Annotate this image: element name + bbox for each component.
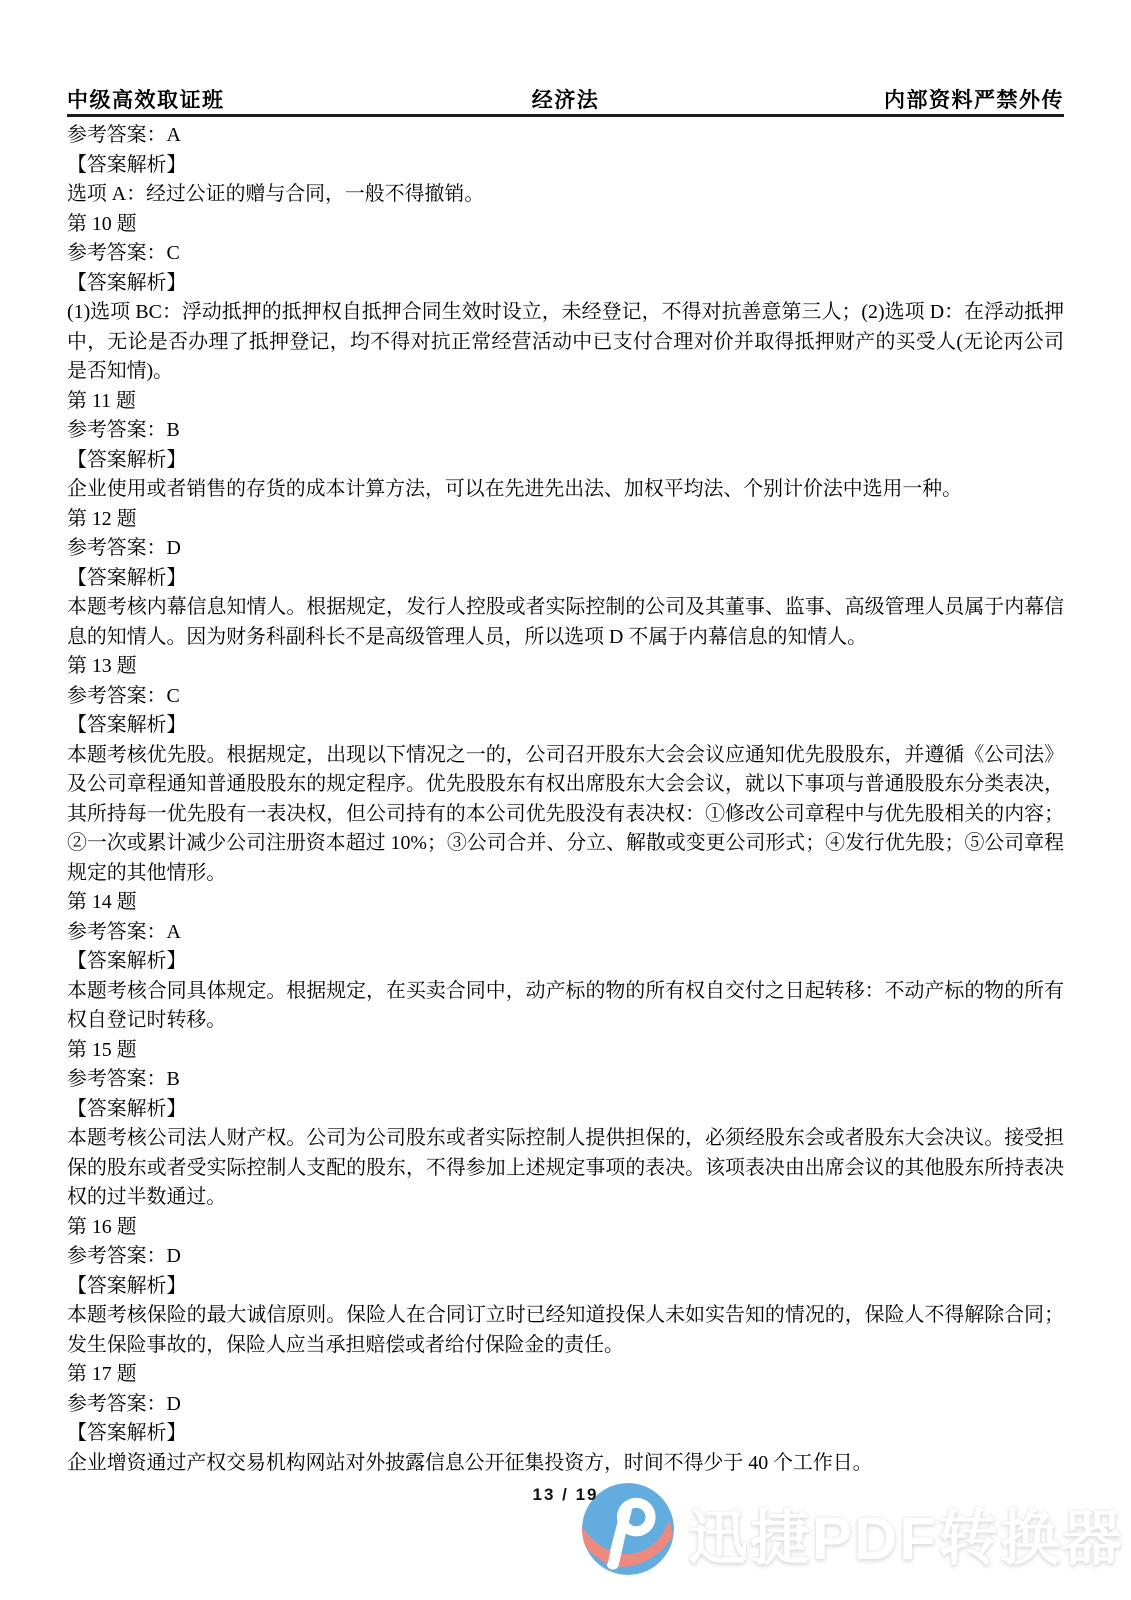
answer-line: 参考答案：D (67, 1390, 1064, 1420)
pdf-page: 中级高效取证班 经济法 内部资料严禁外传 参考答案：A【答案解析】选项 A：经过… (0, 0, 1131, 1600)
explanation-paragraph: 本题考核保险的最大诚信原则。保险人在合同订立时已经知道投保人未如实告知的情况的，… (67, 1301, 1064, 1360)
analysis-heading: 【答案解析】 (67, 1419, 1064, 1449)
explanation-paragraph: 本题考核优先股。根据规定，出现以下情况之一的，公司召开股东大会会议应通知优先股股… (67, 741, 1064, 889)
analysis-heading: 【答案解析】 (67, 1272, 1064, 1302)
analysis-heading: 【答案解析】 (67, 446, 1064, 476)
question-heading: 第 17 题 (67, 1360, 1064, 1390)
question-heading: 第 11 题 (67, 387, 1064, 417)
answer-line: 参考答案：B (67, 416, 1064, 446)
answer-line: 参考答案：D (67, 1242, 1064, 1272)
question-heading: 第 14 题 (67, 888, 1064, 918)
answer-line: 参考答案：C (67, 239, 1064, 269)
explanation-paragraph: 本题考核合同具体规定。根据规定，在买卖合同中，动产标的物的所有权自交付之日起转移… (67, 977, 1064, 1036)
page-number: 13 / 19 (0, 1485, 1131, 1505)
question-heading: 第 12 题 (67, 505, 1064, 535)
answer-line: 参考答案：C (67, 682, 1064, 712)
answer-line: 参考答案：B (67, 1065, 1064, 1095)
answer-line: 参考答案：D (67, 534, 1064, 564)
explanation-paragraph: 本题考核公司法人财产权。公司为公司股东或者实际控制人提供担保的，必须经股东会或者… (67, 1124, 1064, 1213)
explanation-paragraph: (1)选项 BC：浮动抵押的抵押权自抵押合同生效时设立，未经登记，不得对抗善意第… (67, 298, 1064, 387)
question-heading: 第 16 题 (67, 1213, 1064, 1243)
explanation-paragraph: 选项 A：经过公证的赠与合同，一般不得撤销。 (67, 180, 1064, 210)
explanation-paragraph: 企业使用或者销售的存货的成本计算方法，可以在先进先出法、加权平均法、个别计价法中… (67, 475, 1064, 505)
question-heading: 第 10 题 (67, 210, 1064, 240)
answer-line: 参考答案：A (67, 121, 1064, 151)
answer-line: 参考答案：A (67, 918, 1064, 948)
explanation-paragraph: 企业增资通过产权交易机构网站对外披露信息公开征集投资方，时间不得少于 40 个工… (67, 1449, 1064, 1479)
analysis-heading: 【答案解析】 (67, 947, 1064, 977)
analysis-heading: 【答案解析】 (67, 1095, 1064, 1125)
analysis-heading: 【答案解析】 (67, 564, 1064, 594)
header-confidential-notice: 内部资料严禁外传 (884, 84, 1064, 114)
page-header: 中级高效取证班 经济法 内部资料严禁外传 (67, 84, 1064, 117)
analysis-heading: 【答案解析】 (67, 151, 1064, 181)
question-heading: 第 15 题 (67, 1036, 1064, 1066)
explanation-paragraph: 本题考核内幕信息知情人。根据规定，发行人控股或者实际控制的公司及其董事、监事、高… (67, 593, 1064, 652)
document-body: 参考答案：A【答案解析】选项 A：经过公证的赠与合同，一般不得撤销。第 10 题… (67, 121, 1064, 1478)
analysis-heading: 【答案解析】 (67, 269, 1064, 299)
question-heading: 第 13 题 (67, 652, 1064, 682)
analysis-heading: 【答案解析】 (67, 711, 1064, 741)
